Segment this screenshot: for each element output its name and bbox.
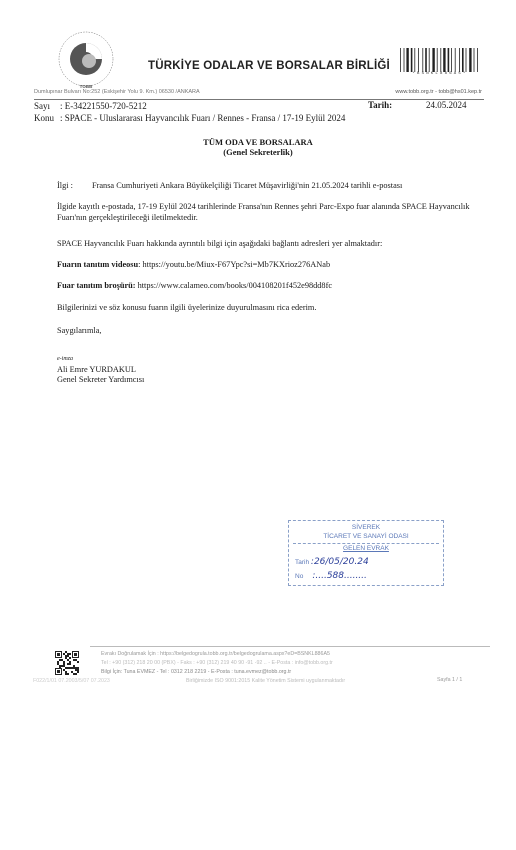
stamp-line-3: GELEN EVRAK (289, 545, 443, 552)
ilgi-value: Fransa Cumhuriyeti Ankara Büyükelçiliği … (92, 180, 402, 191)
footer-info: Bilgi İçin: Tuna EVMEZ - Tel : 0312 218 … (101, 668, 291, 677)
organization-web[interactable]: www.tobb.org.tr - tobb@hs01.kep.tr (395, 89, 482, 95)
sayi-value: : E-34221550-720-5212 (60, 101, 147, 111)
qr-code-icon (55, 651, 79, 675)
video-url[interactable]: : https://youtu.be/Miux-F67Ypc?si=Mb7KXr… (138, 260, 330, 269)
paragraph-3: Bilgilerinizi ve söz konusu fuarın ilgil… (57, 302, 316, 313)
signer-name: Ali Emre YURDAKUL (57, 365, 144, 375)
organization-title: TÜRKİYE ODALAR VE BORSALAR BİRLİĞİ (148, 60, 390, 72)
stamp-date-label: Tarih (295, 559, 309, 566)
brochure-label: Fuar tanıtım broşürü: (57, 281, 136, 290)
konu-value: : SPACE - Uluslararası Hayvancılık Fuarı… (60, 113, 345, 123)
paragraph-1: İlgide kayıtlı e-postada, 17-19 Eylül 20… (57, 201, 477, 223)
stamp-line-1: SİVEREK (289, 524, 443, 531)
incoming-document-stamp: SİVEREK TİCARET VE SANAYİ ODASI GELEN EV… (288, 520, 444, 586)
organization-address: Dumlupınar Bulvarı No:252 (Eskişehir Yol… (34, 89, 200, 95)
stamp-date-value: :26/05/20.24 (311, 557, 369, 567)
esign-label: e-imza (57, 356, 73, 362)
footer-iso: Birliğimizde ISO 9001:2015 Kalite Yöneti… (186, 677, 345, 686)
recipient-line-1: TÜM ODA VE BORSALARA (0, 137, 516, 147)
ilgi-label: İlgi : (57, 180, 73, 191)
konu-label: Konu (34, 113, 54, 123)
stamp-no-label: No (295, 573, 303, 580)
barcode-text: *BSNKL886A5* (400, 72, 480, 76)
brochure-url[interactable]: https://www.calameo.com/books/004108201f… (136, 281, 332, 290)
paragraph-2: SPACE Hayvancılık Fuarı hakkında ayrıntı… (57, 238, 382, 249)
tarih-label: Tarih: (368, 100, 392, 110)
tobb-logo-icon: TOBB (55, 28, 117, 90)
stamp-no-row: No :....588........ (295, 571, 367, 581)
closing: Saygılarımla, (57, 325, 101, 336)
stamp-no-value: :....588........ (312, 571, 367, 581)
footer-verify[interactable]: Evrakı Doğrulamak İçin : https://belgedo… (101, 650, 330, 659)
sayi-label: Sayı (34, 101, 50, 111)
tarih-value: 24.05.2024 (426, 100, 467, 110)
footer-form-code: F022/1/01 07.2003/5/07 07.2023 (33, 677, 110, 686)
page-number: Sayfa 1 / 1 (437, 677, 462, 683)
stamp-divider (293, 543, 439, 544)
video-link-line: Fuarın tanıtım videosu: https://youtu.be… (57, 259, 330, 270)
stamp-date-row: Tarih :26/05/20.24 (295, 557, 369, 567)
stamp-line-2: TİCARET VE SANAYİ ODASI (289, 533, 443, 540)
footer-contact: Tel : +90 (312) 218 20 00 (PBX) - Faks :… (101, 659, 333, 668)
signer-block: Ali Emre YURDAKUL Genel Sekreter Yardımc… (57, 365, 144, 385)
video-label: Fuarın tanıtım videosu (57, 260, 138, 269)
signer-title: Genel Sekreter Yardımcısı (57, 375, 144, 385)
barcode-icon (400, 48, 480, 72)
recipient-line-2: (Genel Sekreterlik) (0, 147, 516, 157)
brochure-link-line: Fuar tanıtım broşürü: https://www.calame… (57, 280, 332, 291)
footer-divider (90, 646, 490, 647)
